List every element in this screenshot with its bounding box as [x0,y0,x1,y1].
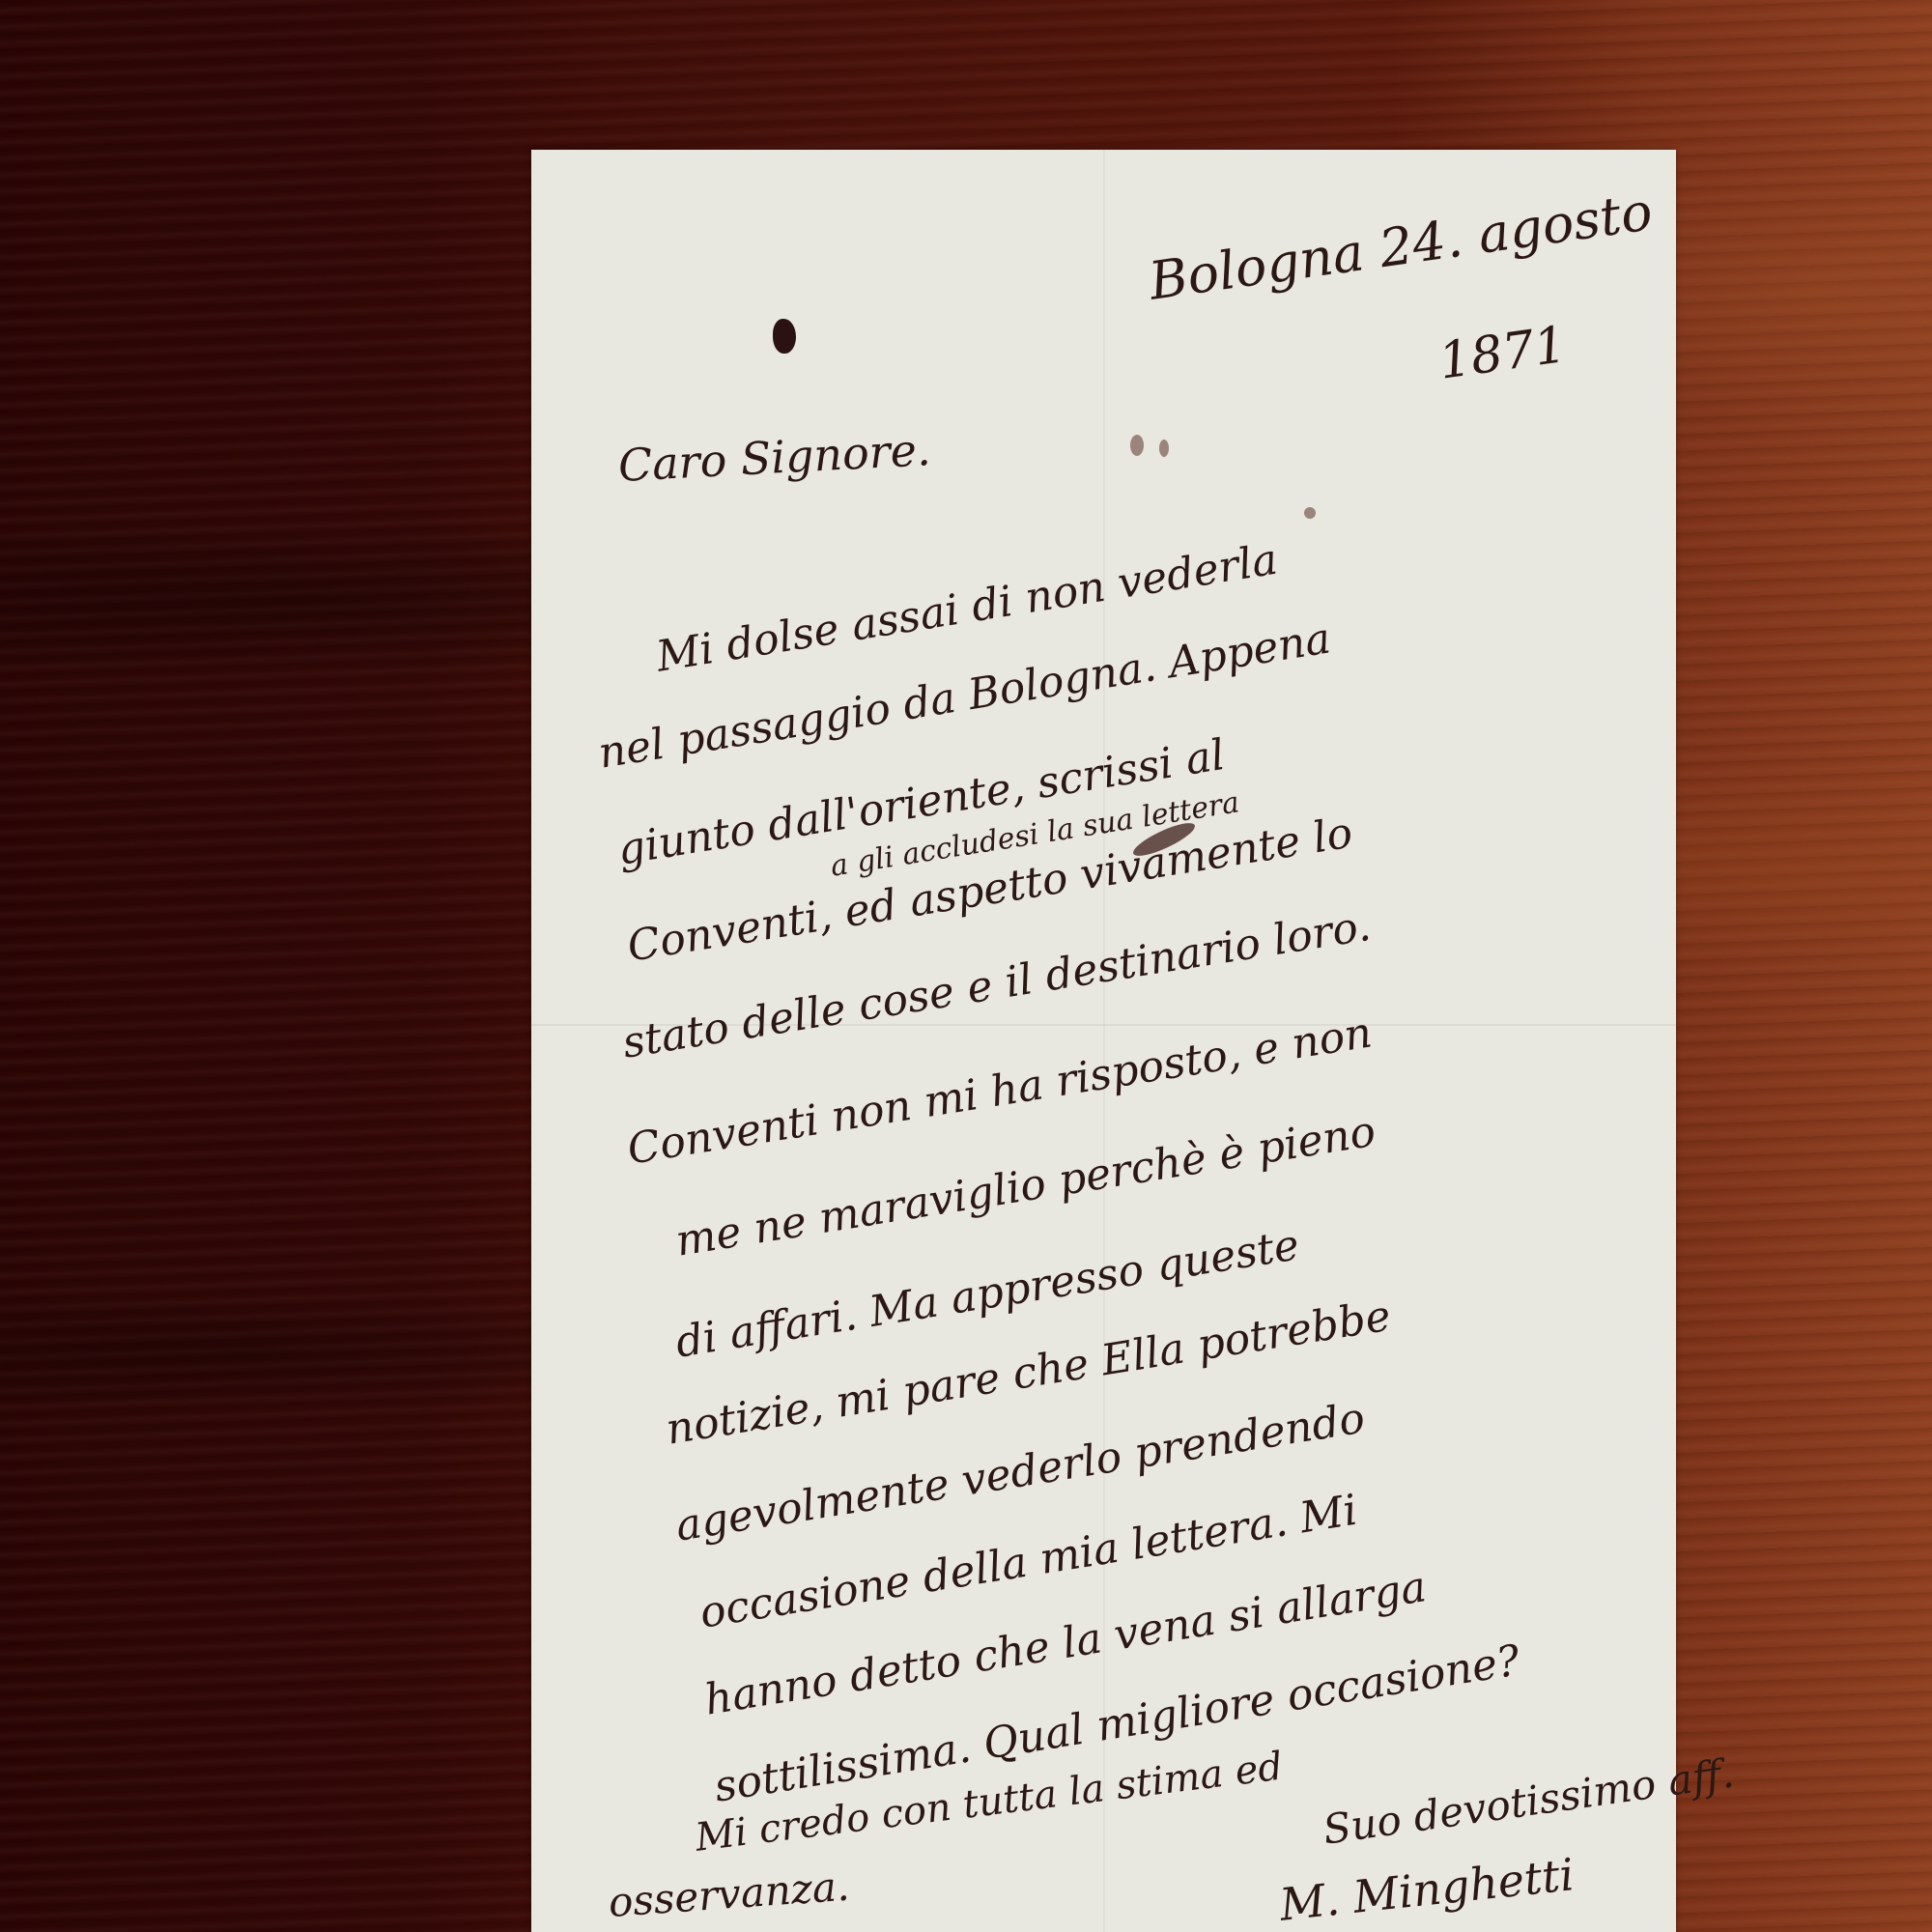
closing-formula: Suo devotissimo aff. [1321,1749,1737,1854]
place-date: Bologna 24. agosto [1146,181,1657,311]
letter-year: 1871 [1435,316,1570,391]
signature: M. Minghetti [1277,1848,1577,1931]
salutation: Caro Signore. [617,423,932,492]
closing-word: osservanza. [607,1862,850,1926]
ink-stain [1130,435,1144,456]
letter-page: Bologna 24. agosto 1871 Caro Signore. Mi… [531,150,1676,1932]
vertical-fold-line [1103,150,1105,1932]
ink-stain [1304,507,1316,519]
ink-stain [1159,440,1169,457]
ink-blot [773,319,796,354]
